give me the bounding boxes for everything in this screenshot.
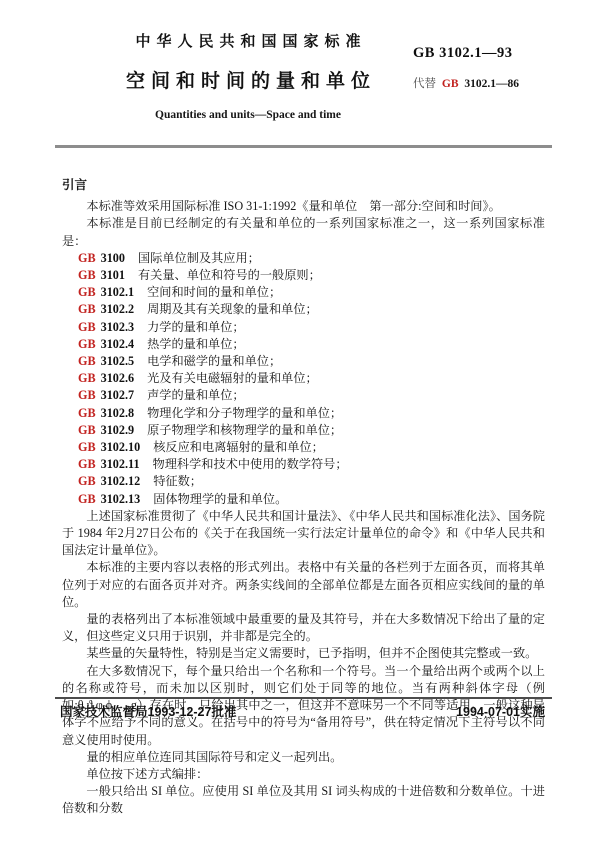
paragraph: 某些量的矢量特性，特别是当定义需要时，已予指明，但并不企图使其完整或一致。 bbox=[62, 645, 545, 662]
gb-number: 3102.1 bbox=[101, 285, 135, 299]
gb-description: 周期及其有关现象的量和单位； bbox=[147, 302, 318, 316]
intro-paragraph: 本标准等效采用国际标准 ISO 31-1:1992《量和单位 第一部分:空间和时… bbox=[62, 198, 545, 215]
gb-number: 3102.6 bbox=[101, 371, 135, 385]
standard-list-item: GB3102.4热学的量和单位； bbox=[62, 336, 545, 353]
replaces-line: 代替 GB 3102.1—86 bbox=[413, 75, 545, 91]
gb-number: 3101 bbox=[101, 268, 125, 282]
paragraph: 单位按下述方式编排： bbox=[62, 766, 545, 783]
document-page: 中华人民共和国国家标准 空间和时间的量和单位 Quantities and un… bbox=[0, 0, 600, 848]
standard-list-item: GB3102.1空间和时间的量和单位； bbox=[62, 284, 545, 301]
gb-prefix: GB bbox=[78, 492, 96, 506]
approval-text: 国家技术监督局1993-12-27批准 bbox=[60, 702, 236, 720]
gb-number: 3102.2 bbox=[101, 302, 135, 316]
gb-number: 3102.5 bbox=[101, 354, 135, 368]
gb-prefix: GB bbox=[78, 388, 96, 402]
gb-prefix: GB bbox=[78, 302, 96, 316]
standard-list-item: GB3102.3力学的量和单位； bbox=[62, 319, 545, 336]
gb-number: 3102.10 bbox=[101, 440, 141, 454]
gb-description: 原子物理学和核物理学的量和单位； bbox=[147, 423, 342, 437]
gb-prefix: GB bbox=[78, 354, 96, 368]
gb-prefix: GB bbox=[78, 251, 96, 265]
replaces-gb-red: GB bbox=[442, 78, 459, 90]
gb-description: 核反应和电离辐射的量和单位； bbox=[153, 440, 324, 454]
gb-prefix: GB bbox=[78, 474, 96, 488]
replaces-prefix: 代替 bbox=[413, 78, 436, 90]
footer-rule bbox=[55, 697, 552, 699]
gb-number: 3102.8 bbox=[101, 406, 135, 420]
gb-prefix: GB bbox=[78, 285, 96, 299]
gb-number: 3100 bbox=[101, 251, 125, 265]
paragraph: 本标准的主要内容以表格的形式列出。表格中有关量的各栏列于左面各页，而将其单位列于… bbox=[62, 559, 545, 611]
standard-list-item: GB3100国际单位制及其应用； bbox=[62, 250, 545, 267]
standard-list-item: GB3102.5电学和磁学的量和单位； bbox=[62, 353, 545, 370]
gb-prefix: GB bbox=[78, 371, 96, 385]
gb-number: 3102.13 bbox=[101, 492, 141, 506]
standard-list-item: GB3102.9原子物理学和核物理学的量和单位； bbox=[62, 422, 545, 439]
standard-list-item: GB3102.13固体物理学的量和单位。 bbox=[62, 491, 545, 508]
gb-prefix: GB bbox=[78, 320, 96, 334]
section-heading: 引言 bbox=[62, 177, 545, 194]
gb-description: 有关量、单位和符号的一般原则； bbox=[138, 268, 321, 282]
paragraph: 上述国家标准贯彻了《中华人民共和国计量法》、《中华人民共和国标准化法》、国务院于… bbox=[62, 508, 545, 560]
standard-list-item: GB3102.6光及有关电磁辐射的量和单位； bbox=[62, 370, 545, 387]
footer: 国家技术监督局1993-12-27批准 1994-07-01实施 bbox=[60, 702, 545, 720]
paragraph: 量的相应单位连同其国际符号和定义一起列出。 bbox=[62, 749, 545, 766]
document-body: 引言 本标准等效采用国际标准 ISO 31-1:1992《量和单位 第一部分:空… bbox=[62, 177, 545, 818]
gb-description: 力学的量和单位； bbox=[147, 320, 245, 334]
gb-description: 特征数； bbox=[153, 474, 202, 488]
standard-list-item: GB3102.11物理科学和技术中使用的数学符号； bbox=[62, 456, 545, 473]
gb-prefix: GB bbox=[78, 268, 96, 282]
gb-description: 物理科学和技术中使用的数学符号； bbox=[153, 457, 348, 471]
paragraph: 一般只给出 SI 单位。应使用 SI 单位及其用 SI 词头构成的十进倍数和分数… bbox=[62, 783, 545, 817]
page-title-english: Quantities and units—Space and time bbox=[0, 109, 496, 121]
gb-description: 光及有关电磁辐射的量和单位； bbox=[147, 371, 318, 385]
standard-list-item: GB3102.10核反应和电离辐射的量和单位； bbox=[62, 439, 545, 456]
gb-prefix: GB bbox=[78, 337, 96, 351]
gb-description: 空间和时间的量和单位； bbox=[147, 285, 281, 299]
gb-number: 3102.12 bbox=[101, 474, 141, 488]
standard-list-item: GB3102.12特征数； bbox=[62, 473, 545, 490]
gb-number: 3102.11 bbox=[101, 457, 140, 471]
gb-number: 3102.4 bbox=[101, 337, 135, 351]
standard-list-item: GB3102.2周期及其有关现象的量和单位； bbox=[62, 301, 545, 318]
gb-prefix: GB bbox=[78, 457, 96, 471]
standard-list-item: GB3102.7声学的量和单位； bbox=[62, 387, 545, 404]
implementation-text: 1994-07-01实施 bbox=[456, 702, 545, 720]
replaces-code: 3102.1—86 bbox=[464, 78, 519, 90]
gb-description: 热学的量和单位； bbox=[147, 337, 245, 351]
gb-number: 3102.7 bbox=[101, 388, 135, 402]
gb-description: 电学和磁学的量和单位； bbox=[147, 354, 281, 368]
standard-code: GB 3102.1—93 bbox=[413, 45, 545, 62]
header-rule bbox=[55, 145, 552, 148]
gb-number: 3102.9 bbox=[101, 423, 135, 437]
gb-description: 国际单位制及其应用； bbox=[138, 251, 260, 265]
intro-paragraph: 本标准是目前已经制定的有关量和单位的一系列国家标准之一，这一系列国家标准是： bbox=[62, 215, 545, 249]
gb-number: 3102.3 bbox=[101, 320, 135, 334]
gb-description: 物理化学和分子物理学的量和单位； bbox=[147, 406, 342, 420]
standard-list-item: GB3101有关量、单位和符号的一般原则； bbox=[62, 267, 545, 284]
standard-list-item: GB3102.8物理化学和分子物理学的量和单位； bbox=[62, 405, 545, 422]
gb-description: 固体物理学的量和单位。 bbox=[153, 492, 287, 506]
gb-description: 声学的量和单位； bbox=[147, 388, 245, 402]
gb-prefix: GB bbox=[78, 423, 96, 437]
paragraph: 量的表格列出了本标准领域中最重要的量及其符号，并在大多数情况下给出了量的定义，但… bbox=[62, 611, 545, 645]
gb-prefix: GB bbox=[78, 406, 96, 420]
gb-prefix: GB bbox=[78, 440, 96, 454]
standard-code-block: GB 3102.1—93 代替 GB 3102.1—86 bbox=[413, 45, 545, 91]
